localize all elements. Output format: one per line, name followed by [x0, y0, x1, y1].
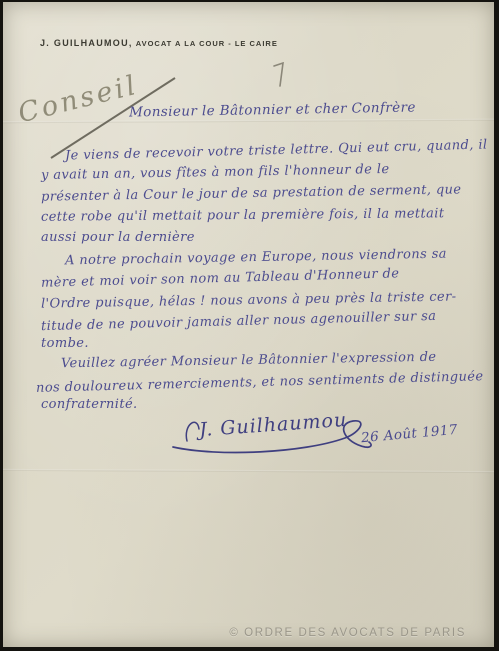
- letterhead-title: AVOCAT A LA COUR - LE CAIRE: [136, 39, 278, 48]
- letter-scan: J. GUILHAUMOU,AVOCAT A LA COUR - LE CAIR…: [0, 0, 499, 651]
- body-line: y avait un an, vous fîtes à mon fils l'h…: [41, 162, 390, 183]
- body-line: cette robe qu'il mettait pour la premièr…: [41, 206, 445, 225]
- body-line: Veuillez agréer Monsieur le Bâtonnier l'…: [61, 350, 437, 372]
- body-line: A notre prochain voyage en Europe, nous …: [65, 247, 447, 269]
- pencil-mark-icon: [273, 62, 287, 88]
- letterhead-name: J. GUILHAUMOU,: [40, 38, 133, 48]
- body-line: mère et moi voir son nom au Tableau d'Ho…: [41, 266, 400, 290]
- body-line: présenter à la Cour le jour de sa presta…: [41, 182, 462, 204]
- body-line: confraternité.: [41, 397, 138, 412]
- paper-crease: [3, 469, 494, 473]
- pencil-annotation: Conseil: [15, 70, 141, 130]
- letterhead: J. GUILHAUMOU,AVOCAT A LA COUR - LE CAIR…: [40, 38, 278, 48]
- body-line: titude de ne pouvoir jamais aller nous a…: [41, 309, 437, 334]
- body-line: aussi pour la dernière: [41, 230, 195, 245]
- paper-crease: [3, 119, 494, 124]
- paper-sheet: J. GUILHAUMOU,AVOCAT A LA COUR - LE CAIR…: [3, 2, 494, 647]
- copyright-watermark: © ORDRE DES AVOCATS DE PARIS: [229, 627, 466, 639]
- salutation: Monsieur le Bâtonnier et cher Confrère: [129, 99, 416, 120]
- body-line: nos douloureux remerciements, et nos sen…: [36, 369, 484, 396]
- body-line: l'Ordre puisque, hélas ! nous avons à pe…: [41, 289, 457, 311]
- body-line: tombe.: [41, 336, 89, 351]
- body-line: Je viens de recevoir votre triste lettre…: [65, 137, 488, 163]
